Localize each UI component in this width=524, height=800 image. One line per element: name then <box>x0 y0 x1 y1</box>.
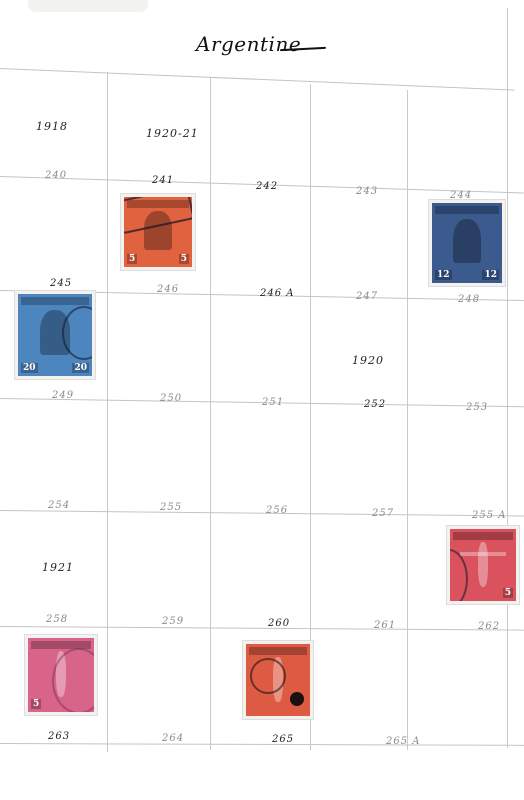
catalog-number: 252 <box>364 399 386 410</box>
catalog-number: 242 <box>256 181 278 192</box>
catalog-number: 243 <box>356 186 378 197</box>
stamp-value: 20 <box>21 363 38 373</box>
catalog-number: 262 <box>478 621 500 632</box>
allegory-icon <box>478 542 489 587</box>
year-label: 1921 <box>42 561 74 574</box>
catalog-number: 241 <box>152 175 174 186</box>
stamp-value: 5 <box>503 588 513 598</box>
stamp-value: 12 <box>482 270 499 280</box>
catalog-number: 240 <box>45 170 67 181</box>
catalog-number: 258 <box>46 614 68 625</box>
stamp-value: 5 <box>179 254 189 264</box>
catalog-number: 256 <box>266 505 288 516</box>
catalog-number: 264 <box>162 733 184 744</box>
stamp-260[interactable] <box>242 640 314 720</box>
top-tab <box>28 0 148 12</box>
stamp-header <box>453 532 513 540</box>
catalog-number: 245 <box>50 278 72 289</box>
catalog-number: 259 <box>162 616 184 627</box>
portrait-icon <box>453 219 481 263</box>
cancellation-mark <box>250 658 286 694</box>
catalog-number: 246 <box>157 284 179 295</box>
grid-line <box>507 8 508 748</box>
year-label: 1920 <box>352 354 384 367</box>
catalog-number: 255 <box>160 502 182 513</box>
catalog-number: 261 <box>374 620 396 631</box>
grid-line <box>107 72 108 752</box>
stamp-value: 5 <box>127 254 137 264</box>
catalog-number: 260 <box>268 618 290 629</box>
stamp-header <box>249 647 307 655</box>
stamp-245[interactable]: 20 20 <box>14 290 96 380</box>
stamp-241[interactable]: 5 5 <box>120 193 196 271</box>
ink-blot <box>290 692 304 706</box>
page-title: Argentine <box>196 32 301 56</box>
grid-line <box>210 78 211 750</box>
catalog-number: 263 <box>48 731 70 742</box>
catalog-number: 249 <box>52 390 74 401</box>
stamp-value: 12 <box>435 270 452 280</box>
catalog-number: 254 <box>48 500 70 511</box>
catalog-number: 253 <box>466 402 488 413</box>
catalog-number: 250 <box>160 393 182 404</box>
catalog-number: 257 <box>372 508 394 519</box>
catalog-number: 265 A <box>386 736 421 747</box>
stamp-header <box>435 206 499 214</box>
year-label: 1918 <box>36 120 68 133</box>
catalog-number: 255 A <box>472 510 507 521</box>
stamp-244[interactable]: 12 12 <box>428 199 506 287</box>
cancellation-mark <box>450 549 468 601</box>
stamp-value: 5 <box>31 699 41 709</box>
stamp-258[interactable]: 5 <box>24 634 98 716</box>
grid-line <box>0 743 524 746</box>
catalog-number: 247 <box>356 291 378 302</box>
catalog-number: 246 A <box>260 288 295 299</box>
stamp-header <box>21 297 89 305</box>
catalog-number: 265 <box>272 734 294 745</box>
catalog-number: 248 <box>458 294 480 305</box>
cancellation-mark <box>52 648 94 712</box>
grid-line <box>0 68 515 91</box>
stamp-255a[interactable]: 5 <box>446 525 520 605</box>
grid-line <box>0 510 524 516</box>
year-label: 1920-21 <box>146 127 199 140</box>
grid-line <box>0 626 524 631</box>
catalog-number: 251 <box>262 397 284 408</box>
stamp-value: 20 <box>72 363 89 373</box>
